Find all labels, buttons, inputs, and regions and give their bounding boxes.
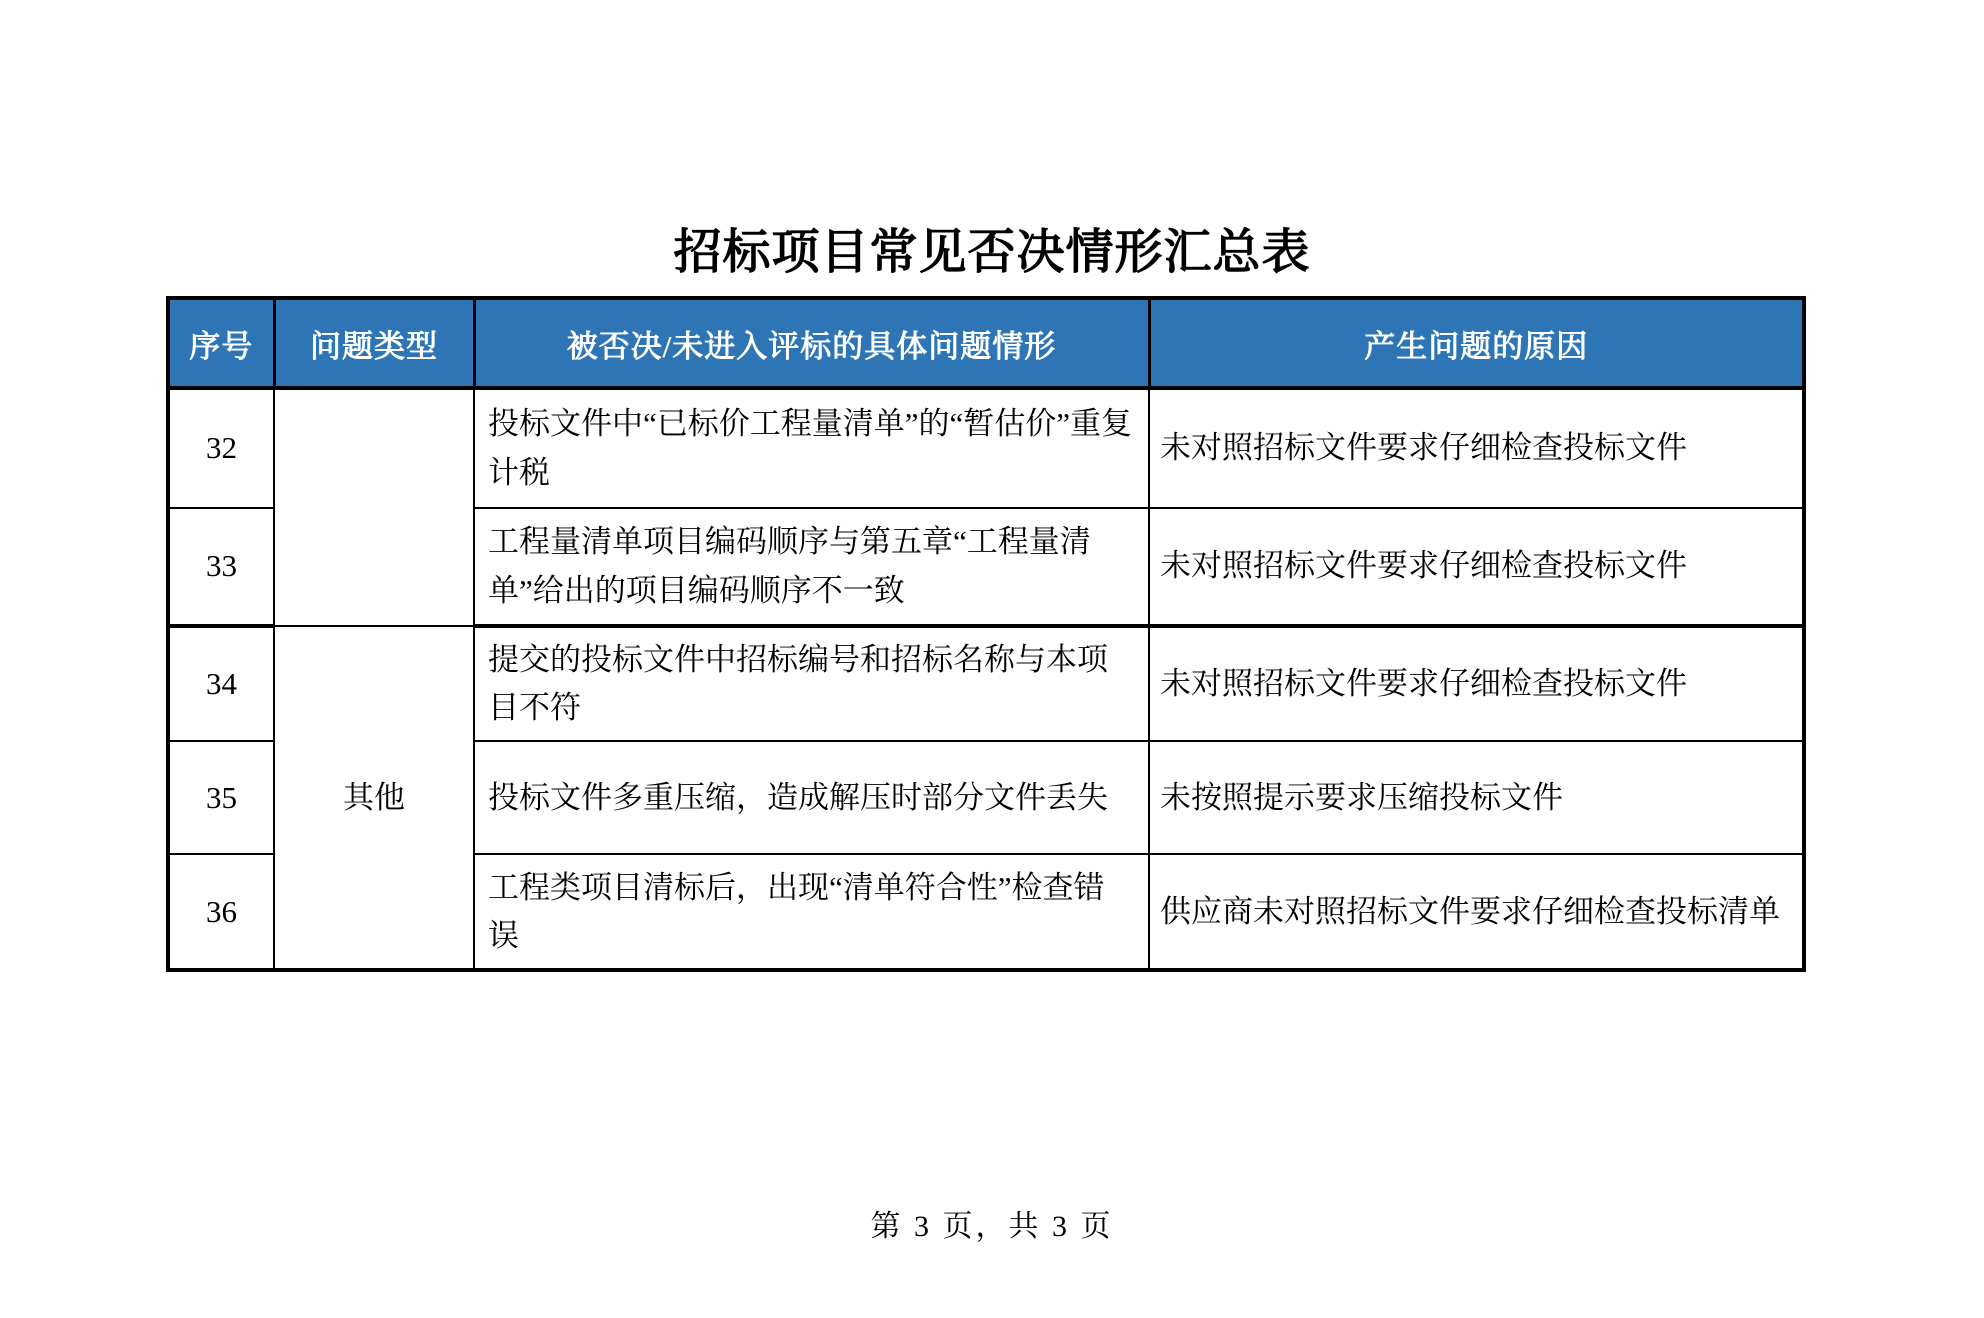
serial-cell: 36 [168,854,274,970]
reason-cell: 供应商未对照招标文件要求仔细检查投标清单 [1149,854,1804,970]
reason-cell: 未对照招标文件要求仔细检查投标文件 [1149,626,1804,741]
header-row: 序号 问题类型 被否决/未进入评标的具体问题情形 产生问题的原因 [168,298,1804,388]
reason-cell: 未对照招标文件要求仔细检查投标文件 [1149,388,1804,508]
situation-cell: 投标文件中“已标价工程量清单”的“暂估价”重复计税 [474,388,1149,508]
page-number-footer: 第 3 页，共 3 页 [0,1201,1984,1245]
category-cell: 其他 [274,626,474,970]
table-row: 32 投标文件中“已标价工程量清单”的“暂估价”重复计税 未对照招标文件要求仔细… [168,388,1804,508]
header-serial: 序号 [168,298,274,388]
serial-cell: 35 [168,741,274,854]
situation-cell: 投标文件多重压缩，造成解压时部分文件丢失 [474,741,1149,854]
table-row: 34 其他 提交的投标文件中招标编号和招标名称与本项目不符 未对照招标文件要求仔… [168,626,1804,741]
document-page: 招标项目常见否决情形汇总表 序号 问题类型 被否决/未进入评标的具体问题情形 产… [0,0,1984,1318]
category-cell [274,388,474,626]
situation-cell: 提交的投标文件中招标编号和招标名称与本项目不符 [474,626,1149,741]
header-situation: 被否决/未进入评标的具体问题情形 [474,298,1149,388]
serial-cell: 32 [168,388,274,508]
header-reason: 产生问题的原因 [1149,298,1804,388]
serial-cell: 34 [168,626,274,741]
header-category: 问题类型 [274,298,474,388]
rejection-summary-table: 序号 问题类型 被否决/未进入评标的具体问题情形 产生问题的原因 32 投标文件… [166,296,1806,972]
situation-cell: 工程量清单项目编码顺序与第五章“工程量清单”给出的项目编码顺序不一致 [474,508,1149,626]
reason-cell: 未对照招标文件要求仔细检查投标文件 [1149,508,1804,626]
page-title: 招标项目常见否决情形汇总表 [0,213,1984,282]
situation-cell: 工程类项目清标后，出现“清单符合性”检查错误 [474,854,1149,970]
serial-cell: 33 [168,508,274,626]
reason-cell: 未按照提示要求压缩投标文件 [1149,741,1804,854]
